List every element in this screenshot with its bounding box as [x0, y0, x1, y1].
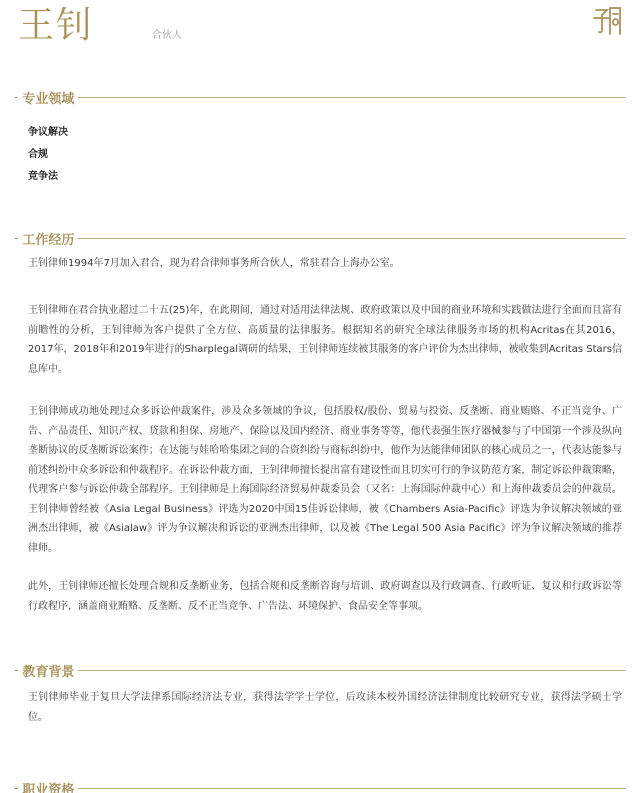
experience-paragraph: 王钊律师在君合执业超过二十五(25)年，在此期间，通过对适用法律法规、政府政策以…: [28, 301, 622, 379]
lawyer-name: 王钊: [18, 4, 94, 48]
experience-paragraph: 王钊律师成功地处理过众多诉讼仲裁案件，涉及众多领域的争议，包括股权/股份、贸易与…: [28, 402, 622, 558]
education-paragraph: 王钊律师毕业于复旦大学法律系国际经济法专业，获得法学学士学位，后攻读本校外国经济…: [28, 688, 622, 727]
section-divider: [78, 670, 626, 671]
section-header-qualifications: - 职业资格: [14, 779, 626, 793]
junhe-logo-icon: [593, 4, 623, 38]
section-title-experience: 工作经历: [22, 229, 74, 248]
section-title-education: 教育背景: [22, 661, 74, 680]
practice-area-item: 竞争法: [28, 166, 68, 188]
section-dash: -: [14, 663, 18, 677]
section-divider: [78, 238, 626, 239]
section-header-experience: - 工作经历: [14, 229, 626, 247]
section-dash: -: [14, 90, 18, 104]
section-divider: [78, 97, 626, 98]
profile-header: 王钊 合伙人: [0, 0, 640, 60]
section-header-practice: - 专业领域: [14, 88, 626, 106]
section-title-qualifications: 职业资格: [22, 779, 74, 793]
section-title-practice: 专业领域: [22, 88, 74, 107]
lawyer-title: 合伙人: [152, 26, 182, 41]
practice-areas-list: 争议解决 合规 竞争法: [28, 122, 68, 188]
experience-paragraph: 王钊律师1994年7月加入君合，现为君合律师事务所合伙人，常驻君合上海办公室。: [28, 254, 622, 274]
section-header-education: - 教育背景: [14, 661, 626, 679]
experience-paragraph: 此外，王钊律师还擅长处理合规和反垄断业务，包括合规和反垄断咨询与培训、政府调查以…: [28, 577, 622, 616]
section-divider: [78, 788, 626, 789]
practice-area-item: 合规: [28, 144, 68, 166]
section-dash: -: [14, 231, 18, 245]
practice-area-item: 争议解决: [28, 122, 68, 144]
section-dash: -: [14, 781, 18, 793]
